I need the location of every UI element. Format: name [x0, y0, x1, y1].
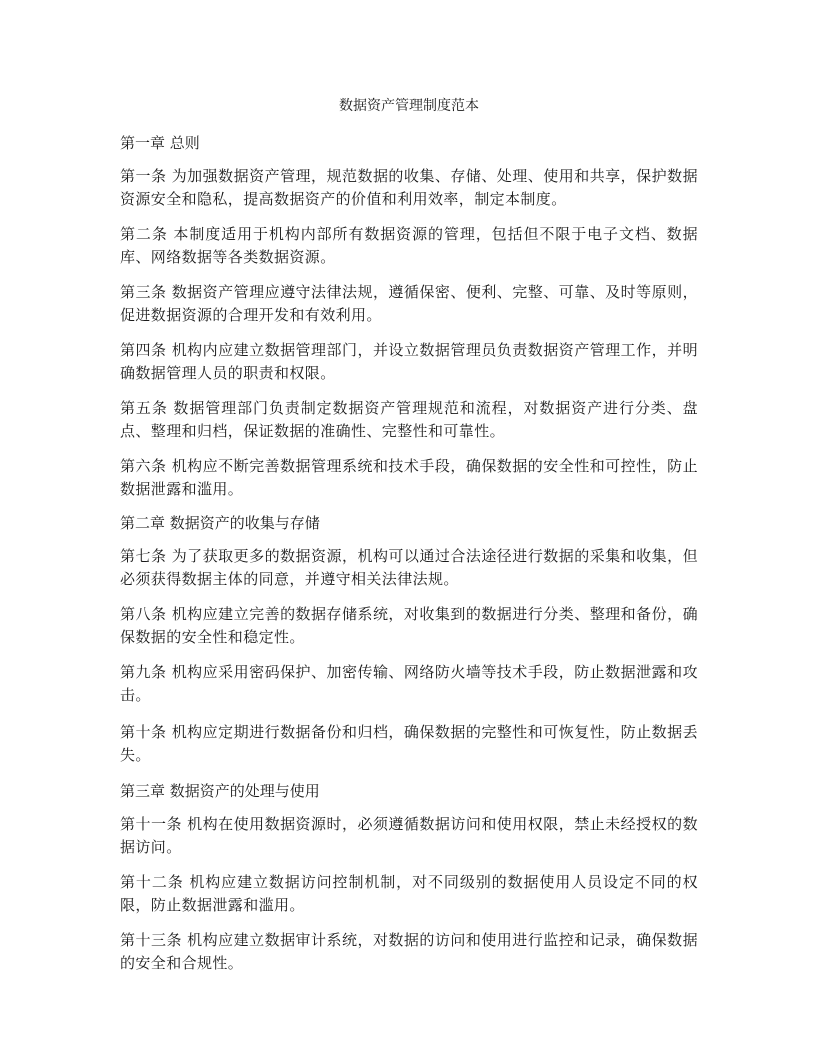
article-3: 第三条 数据资产管理应遵守法律法规，遵循保密、便利、完整、可靠、及时等原则，促进… — [120, 281, 698, 327]
document-page: 数据资产管理制度范本 第一章 总则 第一条 为加强数据资产管理，规范数据的收集、… — [120, 96, 698, 987]
article-5: 第五条 数据管理部门负责制定数据资产管理规范和流程，对数据资产进行分类、盘点、整… — [120, 397, 698, 443]
article-2: 第二条 本制度适用于机构内部所有数据资源的管理，包括但不限于电子文档、数据库、网… — [120, 223, 698, 269]
article-13: 第十三条 机构应建立数据审计系统，对数据的访问和使用进行监控和记录，确保数据的安… — [120, 929, 698, 975]
article-4: 第四条 机构内应建立数据管理部门，并设立数据管理员负责数据资产管理工作，并明确数… — [120, 339, 698, 385]
article-8: 第八条 机构应建立完善的数据存储系统，对收集到的数据进行分类、整理和备份，确保数… — [120, 603, 698, 649]
article-12: 第十二条 机构应建立数据访问控制机制，对不同级别的数据使用人员设定不同的权限，防… — [120, 871, 698, 917]
article-10: 第十条 机构应定期进行数据备份和归档，确保数据的完整性和可恢复性，防止数据丢失。 — [120, 721, 698, 767]
chapter-heading-3: 第三章 数据资产的处理与使用 — [120, 781, 698, 801]
article-7: 第七条 为了获取更多的数据资源，机构可以通过合法途径进行数据的采集和收集，但必须… — [120, 545, 698, 591]
chapter-heading-1: 第一章 总则 — [120, 133, 698, 153]
article-1: 第一条 为加强数据资产管理，规范数据的收集、存储、处理、使用和共享，保护数据资源… — [120, 165, 698, 211]
article-6: 第六条 机构应不断完善数据管理系统和技术手段，确保数据的安全性和可控性，防止数据… — [120, 455, 698, 501]
chapter-heading-2: 第二章 数据资产的收集与存储 — [120, 513, 698, 533]
article-11: 第十一条 机构在使用数据资源时，必须遵循数据访问和使用权限，禁止未经授权的数据访… — [120, 813, 698, 859]
document-title: 数据资产管理制度范本 — [120, 96, 698, 116]
article-9: 第九条 机构应采用密码保护、加密传输、网络防火墙等技术手段，防止数据泄露和攻击。 — [120, 661, 698, 707]
